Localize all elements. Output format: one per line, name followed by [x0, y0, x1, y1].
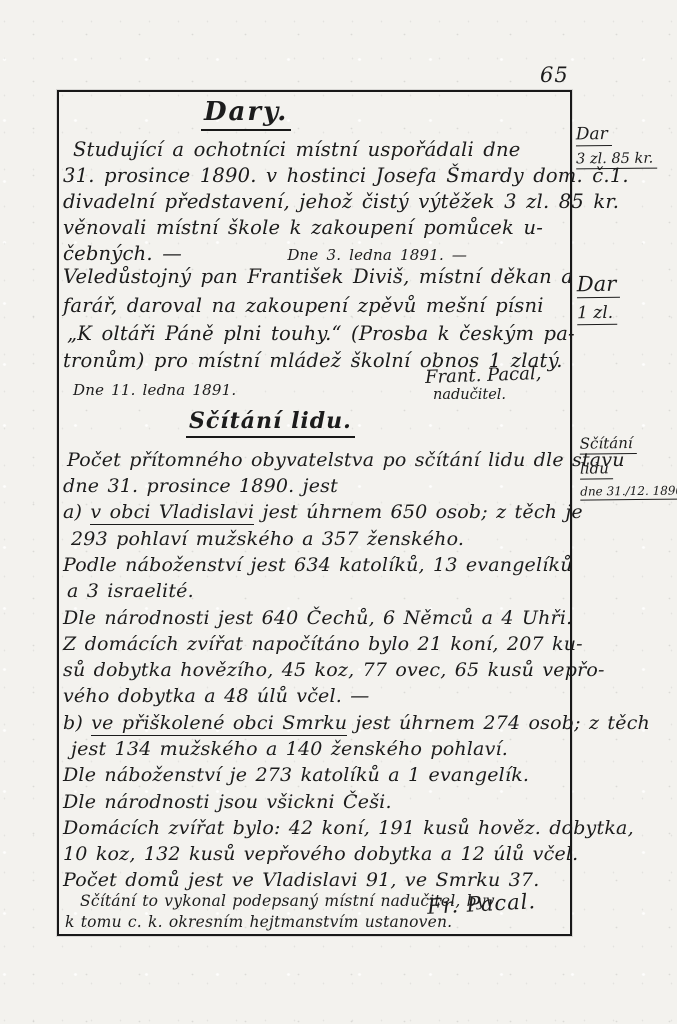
page-number: 65 — [540, 63, 569, 87]
text-line: sů dobytka hovězího, 45 koz, 77 ovec, 65… — [63, 658, 605, 682]
margin-note-census: Sčítání lidu dne 31./12. 1890. — [580, 433, 677, 505]
text-line: Domácích zvířat bylo: 42 koní, 191 kusů … — [63, 816, 634, 840]
text-line: Počet přítomného obyvatelstva po sčítání… — [67, 448, 625, 472]
text-line: Veledůstojný pan František Diviš, místní… — [63, 265, 573, 289]
margin-note-line: Sčítání — [580, 434, 637, 455]
date-note-1: Dne 3. ledna 1891. — — [287, 246, 467, 264]
text-line: Podle náboženství jest 634 katolíků, 13 … — [63, 553, 573, 577]
text-line: Dle národnosti jest 640 Čechů, 6 Němců a… — [63, 606, 572, 630]
text-line: věnovali místní škole k zakoupení pomůce… — [63, 216, 543, 240]
text-line: Dle náboženství je 273 katolíků a 1 evan… — [63, 763, 529, 787]
signature-final: Fr. Pacal. — [426, 889, 536, 919]
text-line-fragment: čebných. — — [63, 242, 182, 265]
text-line: Dle národnosti jsou všickni Češi. — [63, 790, 392, 814]
text-line: 31. prosince 1890. v hostinci Josefa Šma… — [63, 164, 629, 188]
text-line: vého dobytka a 48 úlů včel. — — [63, 684, 369, 708]
text-line: k tomu c. k. okresním hejtmanstvím ustan… — [65, 910, 452, 934]
text-line: Studující a ochotníci místní uspořádali … — [73, 138, 520, 162]
margin-note-gift-2: Dar 1 zl. — [577, 272, 621, 330]
margin-note-line: 3 zl. 85 kr. — [576, 151, 657, 170]
margin-note-line: Dar — [576, 124, 612, 146]
text-line: 10 koz, 132 kusů vepřového dobytka a 12 … — [63, 842, 578, 866]
section-heading-dary: Dary. — [201, 97, 291, 131]
text-line-item-a: a) v obci Vladislavi jest úhrnem 650 oso… — [63, 500, 583, 524]
text-line: jest 134 mužského a 140 ženského pohlaví… — [71, 737, 508, 761]
item-marker: b) — [63, 712, 91, 734]
signature-title: nadučitel. — [433, 387, 506, 403]
signature-name: Frant. Pacal, — [425, 363, 542, 388]
underlined-phrase: ve přiškolené obci Smrku — [91, 712, 347, 736]
text-line: „K oltáři Páně plni touhy.“ (Prosba k če… — [67, 322, 575, 346]
underlined-phrase: v obci Vladislavi — [90, 501, 254, 525]
text-line-fragment: jest úhrnem 274 osob; z těch — [347, 712, 650, 734]
margin-note-line: Dar — [577, 272, 621, 298]
manuscript-frame: Dary. Studující a ochotníci místní uspoř… — [57, 90, 572, 936]
text-line: čebných. — Dne 3. ledna 1891. — — [63, 242, 467, 267]
margin-note-line: lidu — [580, 459, 613, 479]
text-line: a 3 israelité. — [67, 579, 194, 603]
text-line: farář, daroval na zakoupení zpěvů mešní … — [63, 294, 544, 318]
section-heading-census: Sčítání lidu. — [186, 408, 355, 438]
margin-note-line: 1 zl. — [577, 303, 617, 325]
text-line: Z domácích zvířat napočítáno bylo 21 kon… — [63, 632, 583, 656]
date-note-2: Dne 11. ledna 1891. — [73, 378, 236, 402]
text-line-item-b: b) ve přiškolené obci Smrku jest úhrnem … — [63, 711, 650, 735]
text-line-fragment: jest úhrnem 650 osob; z těch je — [254, 501, 583, 523]
text-line: 293 pohlaví mužského a 357 ženského. — [71, 527, 464, 551]
text-line: dne 31. prosince 1890. jest — [63, 474, 338, 498]
manuscript-page: 65 Dary. Studující a ochotníci místní us… — [0, 0, 677, 1024]
item-marker: a) — [63, 501, 90, 523]
margin-note-gift-1: Dar 3 zl. 85 kr. — [576, 124, 658, 175]
margin-note-line: dne 31./12. 1890. — [580, 483, 677, 500]
text-line: divadelní představení, jehož čistý výtěž… — [63, 190, 619, 214]
